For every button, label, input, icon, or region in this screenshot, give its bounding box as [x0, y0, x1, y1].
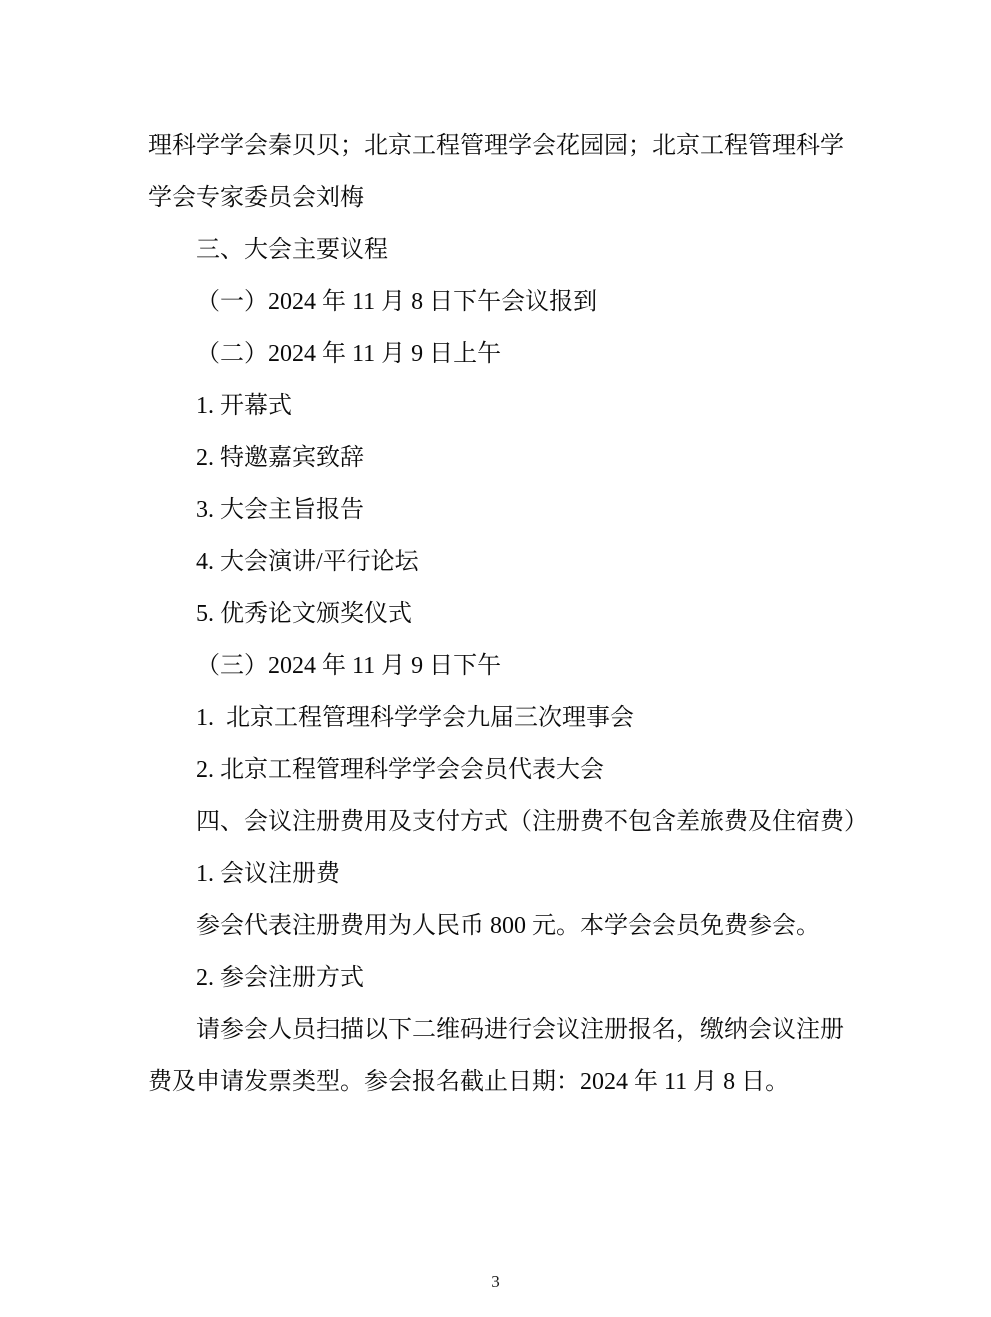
agenda-item: 2. 特邀嘉宾致辞	[148, 432, 858, 484]
agenda-item: 3. 大会主旨报告	[148, 484, 858, 536]
agenda-item: 2. 北京工程管理科学学会会员代表大会	[148, 744, 858, 796]
section-heading: 四、会议注册费用及支付方式（注册费不包含差旅费及住宿费）	[148, 796, 858, 848]
text-line: （一）2024 年 11 月 8 日下午会议报到	[148, 276, 858, 328]
text-line: 费及申请发票类型。参会报名截止日期：2024 年 11 月 8 日。	[148, 1056, 858, 1108]
text-line: （三）2024 年 11 月 9 日下午	[148, 640, 858, 692]
document-body: 理科学学会秦贝贝；北京工程管理学会花园园；北京工程管理科学 学会专家委员会刘梅 …	[148, 120, 858, 1108]
page-number: 3	[0, 1270, 991, 1294]
text-line: 学会专家委员会刘梅	[148, 172, 858, 224]
text-line: （二）2024 年 11 月 9 日上午	[148, 328, 858, 380]
text-line: 理科学学会秦贝贝；北京工程管理学会花园园；北京工程管理科学	[148, 120, 858, 172]
agenda-item: 1. 开幕式	[148, 380, 858, 432]
agenda-item: 1. 北京工程管理科学学会九届三次理事会	[148, 692, 858, 744]
document-page: 理科学学会秦贝贝；北京工程管理学会花园园；北京工程管理科学 学会专家委员会刘梅 …	[0, 0, 991, 1317]
text-line: 2. 参会注册方式	[148, 952, 858, 1004]
agenda-item: 4. 大会演讲/平行论坛	[148, 536, 858, 588]
text-line: 参会代表注册费用为人民币 800 元。本学会会员免费参会。	[148, 900, 858, 952]
section-heading: 三、大会主要议程	[148, 224, 858, 276]
text-line: 1. 会议注册费	[148, 848, 858, 900]
agenda-item: 5. 优秀论文颁奖仪式	[148, 588, 858, 640]
text-line: 请参会人员扫描以下二维码进行会议注册报名，缴纳会议注册	[148, 1004, 858, 1056]
